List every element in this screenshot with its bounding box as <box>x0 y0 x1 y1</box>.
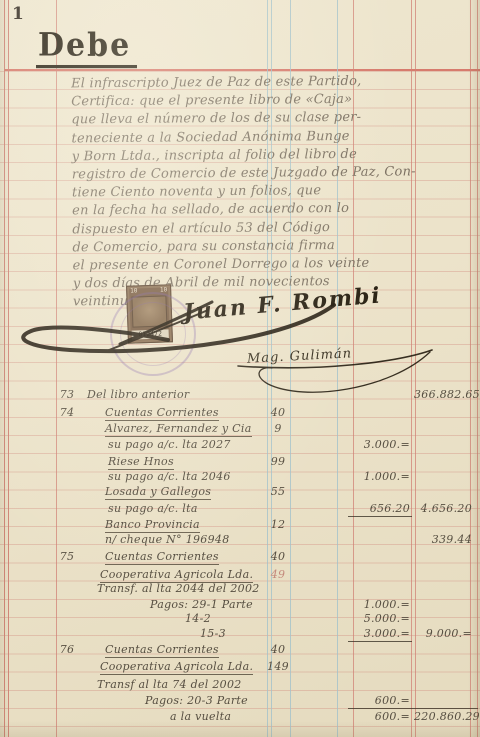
table-row: 74 Cuentas Corrientes 40 <box>0 406 480 422</box>
entry-description: su pago a/c. lta <box>108 502 198 515</box>
folio-number: 40 <box>266 406 290 419</box>
table-row: Transf al lta 74 del 2002 <box>0 678 480 694</box>
folio-number: 99 <box>266 455 290 468</box>
table-row: Cooperativa Agricola Lda. 149 <box>0 660 480 676</box>
entry-number: 75 <box>54 550 80 563</box>
sum-rule <box>348 641 412 642</box>
entry-description: a la vuelta <box>170 710 231 723</box>
table-row: 14-2 5.000.= <box>0 612 480 628</box>
sum-rule <box>348 516 412 517</box>
table-row: 15-3 3.000.= 9.000.= <box>0 627 480 643</box>
folio-number: 40 <box>266 643 290 656</box>
entry-description: Losada y Gallegos <box>105 485 211 500</box>
sum-rule <box>348 708 478 709</box>
amount-partial: 656.20 <box>350 502 410 515</box>
folio-number: 55 <box>266 485 290 498</box>
table-row: 75 Cuentas Corrientes 40 <box>0 550 480 566</box>
ledger-page: 1 Debe El infrascripto Juez de Paz de es… <box>0 0 480 737</box>
table-row: Transf. al lta 2044 del 2002 <box>0 582 480 598</box>
amount-partial: 1.000.= <box>350 598 410 611</box>
folio-number: 149 <box>266 660 290 673</box>
table-row: su pago a/c. lta 656.20 4.656.20 <box>0 502 480 518</box>
entry-description: Banco Provincia <box>105 518 200 533</box>
amount-partial: 3.000.= <box>350 438 410 451</box>
entry-number: 76 <box>54 643 80 656</box>
entry-description: Riese Hnos <box>108 455 174 470</box>
entry-description: su pago a/c. lta 2027 <box>108 438 231 451</box>
entry-description: Pagos: 20-3 Parte <box>145 694 248 707</box>
amount-total: 4.656.20 <box>414 502 472 515</box>
table-row: Losada y Gallegos 55 <box>0 485 480 501</box>
folio-number: 9 <box>266 422 290 435</box>
entry-description: Pagos: 29-1 Parte <box>150 598 253 611</box>
table-row: su pago a/c. lta 2046 1.000.= <box>0 470 480 486</box>
amount-partial: 3.000.= <box>350 627 410 640</box>
table-row: Banco Provincia 12 <box>0 518 480 534</box>
entry-description: 15-3 <box>200 627 226 640</box>
entry-description: Transf. al lta 2044 del 2002 <box>97 582 260 595</box>
table-row: Pagos: 20-3 Parte 600.= <box>0 694 480 710</box>
amount-total: 220.860.29 <box>414 710 472 723</box>
entry-description: Del libro anterior <box>87 388 189 401</box>
entry-description: 14-2 <box>185 612 211 625</box>
table-row: 73 Del libro anterior 366.882.65 <box>0 388 480 404</box>
ledger-rows: 73 Del libro anterior 366.882.65 74 Cuen… <box>0 0 480 737</box>
entry-description: Alvarez, Fernandez y Cia <box>105 422 252 437</box>
amount-partial: 5.000.= <box>350 612 410 625</box>
amount-partial: 1.000.= <box>350 470 410 483</box>
table-row: 76 Cuentas Corrientes 40 <box>0 643 480 659</box>
amount-total: 339.44 <box>414 533 472 546</box>
table-row: n/ cheque N° 196948 339.44 <box>0 533 480 549</box>
entry-description: Cooperativa Agricola Lda. <box>100 660 253 675</box>
entry-description: n/ cheque N° 196948 <box>105 533 230 546</box>
table-row: a la vuelta 600.= 220.860.29 <box>0 710 480 726</box>
entry-description: Cuentas Corrientes <box>105 643 219 658</box>
entry-number: 74 <box>54 406 80 419</box>
entry-description: Cuentas Corrientes <box>105 406 219 421</box>
folio-number: 12 <box>266 518 290 531</box>
table-row: Alvarez, Fernandez y Cia 9 <box>0 422 480 438</box>
entry-description: su pago a/c. lta 2046 <box>108 470 231 483</box>
amount-total: 366.882.65 <box>414 388 472 401</box>
amount-partial: 600.= <box>350 694 410 707</box>
entry-description: Cooperativa Agricola Lda. <box>100 568 253 583</box>
amount-partial: 600.= <box>350 710 410 723</box>
amount-total: 9.000.= <box>414 627 472 640</box>
entry-description: Cuentas Corrientes <box>105 550 219 565</box>
table-row: Riese Hnos 99 <box>0 455 480 471</box>
table-row: su pago a/c. lta 2027 3.000.= <box>0 438 480 454</box>
folio-number: 40 <box>266 550 290 563</box>
entry-description: Transf al lta 74 del 2002 <box>97 678 242 691</box>
folio-number: 49 <box>266 568 290 581</box>
entry-number: 73 <box>54 388 80 401</box>
stamp-value-left: 10 <box>130 288 137 294</box>
